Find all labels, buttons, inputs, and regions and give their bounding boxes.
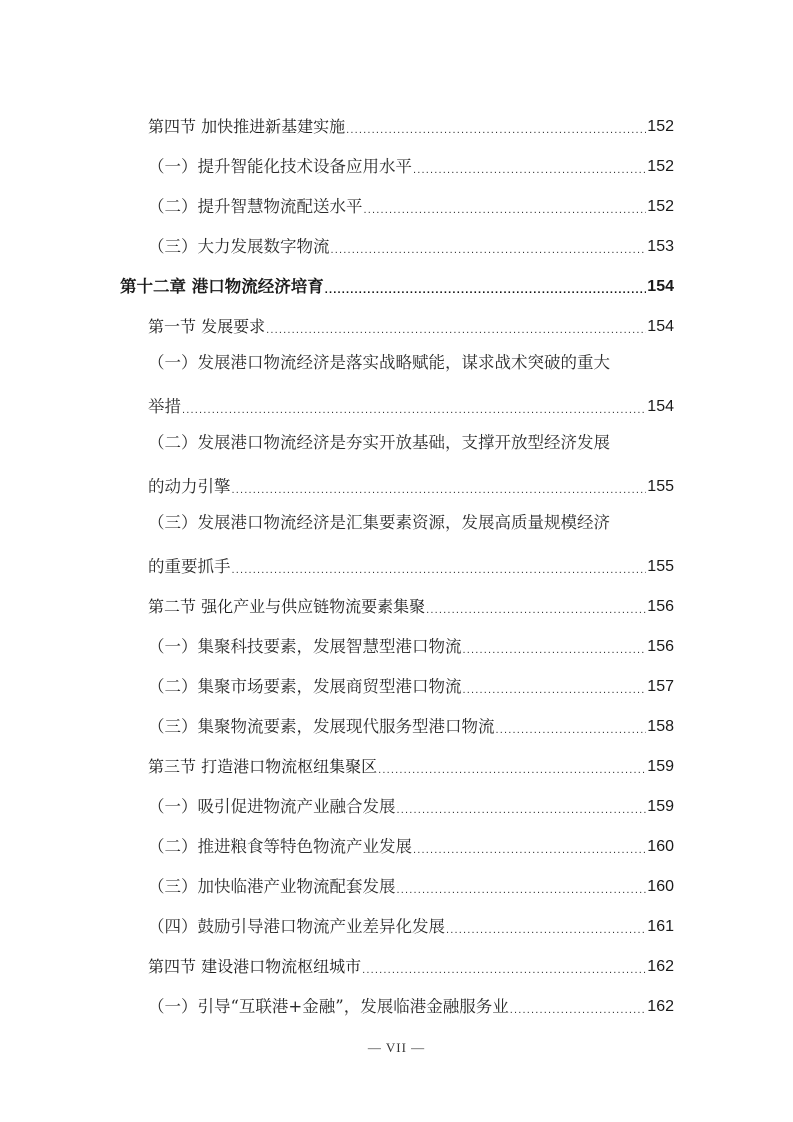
toc-entry-item-line2[interactable]: 的动力引擎 155 (148, 472, 674, 498)
toc-entry-section[interactable]: 第四节 加快推进新基建实施 152 (148, 112, 674, 138)
toc-entry-label: 举措 (148, 396, 181, 418)
dot-leader (463, 676, 647, 698)
toc-entry-item[interactable]: （一）吸引促进物流产业融合发展 159 (148, 792, 674, 818)
toc-entry-label: 第一节 发展要求 (148, 316, 265, 338)
dot-leader (232, 556, 647, 578)
dot-leader (510, 996, 647, 1018)
dot-leader (346, 116, 646, 138)
toc-entry-label: （一）提升智能化技术设备应用水平 (148, 156, 412, 178)
toc-page-number: 155 (647, 556, 674, 578)
toc-entry-section[interactable]: 第四节 建设港口物流枢纽城市 162 (148, 952, 674, 978)
toc-entry-item-line1[interactable]: （一）发展港口物流经济是落实战略赋能，谋求战术突破的重大 (148, 352, 674, 374)
toc-page-number: 155 (647, 476, 674, 498)
toc-entry-label: （三）集聚物流要素，发展现代服务型港口物流 (148, 716, 495, 738)
dot-leader (364, 196, 647, 218)
toc-entry-item[interactable]: （三）加快临港产业物流配套发展 160 (148, 872, 674, 898)
page-number-footer: — VII — (0, 1040, 793, 1056)
dot-leader (232, 476, 647, 498)
toc-entry-label: 第四节 建设港口物流枢纽城市 (148, 956, 361, 978)
toc-page-number: 157 (647, 676, 674, 698)
toc-entry-label: （二）推进粮食等特色物流产业发展 (148, 836, 412, 858)
dot-leader (397, 876, 647, 898)
toc-entry-label: （一）引导“互联港+金融”，发展临港金融服务业 (148, 996, 509, 1018)
toc-entry-item-line1[interactable]: （二）发展港口物流经济是夯实开放基础，支撑开放型经济发展 (148, 432, 674, 454)
toc-entry-label: （二）集聚市场要素，发展商贸型港口物流 (148, 676, 462, 698)
toc-entry-item-line2[interactable]: 举措 154 (148, 392, 674, 418)
toc-entry-label: 第十二章 港口物流经济培育 (120, 276, 324, 298)
toc-entry-section[interactable]: 第一节 发展要求 154 (148, 312, 674, 338)
dot-leader (463, 636, 647, 658)
dot-leader (426, 596, 646, 618)
dot-leader (496, 716, 647, 738)
toc-entry-label: （一）集聚科技要素，发展智慧型港口物流 (148, 636, 462, 658)
toc-entry-label: （三）加快临港产业物流配套发展 (148, 876, 396, 898)
toc-page-number: 159 (647, 796, 674, 818)
toc-page-number: 152 (647, 116, 674, 138)
toc-page-number: 156 (647, 636, 674, 658)
dot-leader (413, 156, 646, 178)
toc-entry-item[interactable]: （四）鼓励引导港口物流产业差异化发展 161 (148, 912, 674, 938)
toc-entry-label: （二）提升智慧物流配送水平 (148, 196, 363, 218)
toc-page-number: 159 (647, 756, 674, 778)
toc-entry-label: （三）大力发展数字物流 (148, 236, 330, 258)
dot-leader (378, 756, 646, 778)
toc-page-number: 154 (647, 316, 674, 338)
toc-entry-label: （一）吸引促进物流产业融合发展 (148, 796, 396, 818)
toc-page-number: 162 (647, 956, 674, 978)
toc-entry-item[interactable]: （三）大力发展数字物流 153 (148, 232, 674, 258)
toc-entry-item[interactable]: （一）引导“互联港+金融”，发展临港金融服务业 162 (148, 992, 674, 1018)
dot-leader (413, 836, 646, 858)
toc-entry-item[interactable]: （一）提升智能化技术设备应用水平 152 (148, 152, 674, 178)
dot-leader (331, 236, 647, 258)
dot-leader (325, 276, 647, 298)
toc-entry-item-line1[interactable]: （三）发展港口物流经济是汇集要素资源，发展高质量规模经济 (148, 512, 674, 534)
dot-leader (182, 396, 646, 418)
toc-page-number: 152 (647, 156, 674, 178)
toc-entry-item[interactable]: （二）提升智慧物流配送水平 152 (148, 192, 674, 218)
toc-entry-label: 的重要抓手 (148, 556, 231, 578)
toc-entry-section[interactable]: 第三节 打造港口物流枢纽集聚区 159 (148, 752, 674, 778)
toc-entry-section[interactable]: 第二节 强化产业与供应链物流要素集聚 156 (148, 592, 674, 618)
toc-entry-item-line2[interactable]: 的重要抓手 155 (148, 552, 674, 578)
toc-page-number: 161 (647, 916, 674, 938)
toc-page-number: 152 (647, 196, 674, 218)
toc-entry-item[interactable]: （二）推进粮食等特色物流产业发展 160 (148, 832, 674, 858)
dot-leader (362, 956, 646, 978)
toc-page-number: 160 (647, 836, 674, 858)
dot-leader (446, 916, 646, 938)
toc-page-number: 160 (647, 876, 674, 898)
toc-page-number: 154 (647, 276, 674, 298)
toc-entry-chapter[interactable]: 第十二章 港口物流经济培育 154 (120, 272, 674, 298)
toc-entry-item[interactable]: （三）集聚物流要素，发展现代服务型港口物流 158 (148, 712, 674, 738)
toc-entry-item[interactable]: （二）集聚市场要素，发展商贸型港口物流 157 (148, 672, 674, 698)
toc-entry-label: 第二节 强化产业与供应链物流要素集聚 (148, 596, 425, 618)
toc-page-number: 156 (647, 596, 674, 618)
dot-leader (397, 796, 647, 818)
toc-page-number: 158 (647, 716, 674, 738)
toc-page-number: 162 (647, 996, 674, 1018)
toc-page-number: 154 (647, 396, 674, 418)
toc-entry-label: 第四节 加快推进新基建实施 (148, 116, 345, 138)
toc-entry-label: 的动力引擎 (148, 476, 231, 498)
dot-leader (266, 316, 646, 338)
toc-entry-label: （四）鼓励引导港口物流产业差异化发展 (148, 916, 445, 938)
toc-page-number: 153 (647, 236, 674, 258)
toc-entry-item[interactable]: （一）集聚科技要素，发展智慧型港口物流 156 (148, 632, 674, 658)
toc-entry-label: 第三节 打造港口物流枢纽集聚区 (148, 756, 377, 778)
